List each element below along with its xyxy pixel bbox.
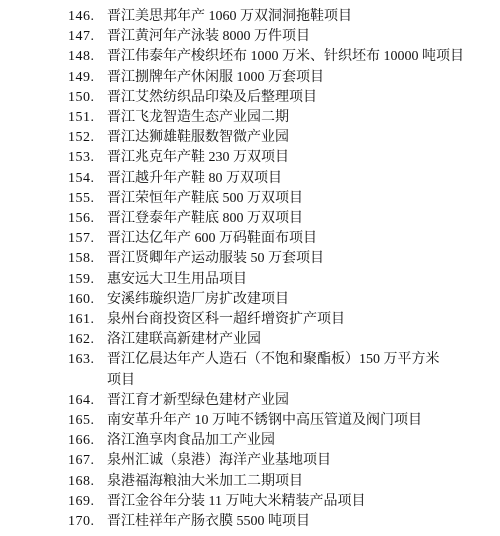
list-item: 169.晋江金谷年分装 11 万吨大米精装产品项目 [68,492,492,512]
list-item-number: 160. [68,290,107,310]
project-list: 146.晋江美思邦年产 1060 万双洞洞拖鞋项目147.晋江黄河年产泳装 80… [68,7,492,532]
list-item: 150.晋江艾然纺织品印染及后整理项目 [68,88,492,108]
list-item-number: 158. [68,249,107,269]
list-item: 155.晋江荣恒年产鞋底 500 万双项目 [68,189,492,209]
list-item: 156.晋江登泰年产鞋底 800 万双项目 [68,209,492,229]
list-item: 158.晋江贤卿年产运动服装 50 万套项目 [68,249,492,269]
list-item-number: 169. [68,492,107,512]
list-item: 149.晋江捌牌年产休闲服 1000 万套项目 [68,68,492,88]
list-item-text: 晋江达亿年产 600 万码鞋面布项目 [107,229,492,249]
list-item-number: 146. [68,7,107,27]
list-item-number: 155. [68,189,107,209]
list-item-text: 泉州台商投资区科一超纤增资扩产项目 [107,310,492,330]
list-item: 154.晋江越升年产鞋 80 万双项目 [68,169,492,189]
list-item: 170.晋江桂祥年产肠衣膜 5500 吨项目 [68,512,492,532]
list-item: 146.晋江美思邦年产 1060 万双洞洞拖鞋项目 [68,7,492,27]
list-item-text: 晋江登泰年产鞋底 800 万双项目 [107,209,492,229]
list-item-number: 149. [68,68,107,88]
list-item-text: 晋江艾然纺织品印染及后整理项目 [107,88,492,108]
list-item-text: 安溪纬璇织造厂房扩改建项目 [107,290,492,310]
list-item: 167.泉州汇诚（泉港）海洋产业基地项目 [68,451,492,471]
list-item: 168.泉港福海粮油大米加工二期项目 [68,472,492,492]
list-item-number: 150. [68,88,107,108]
list-item-number: 161. [68,310,107,330]
document-page: 146.晋江美思邦年产 1060 万双洞洞拖鞋项目147.晋江黄河年产泳装 80… [0,0,500,536]
list-item: 166.洛江渔享肉食品加工产业园 [68,431,492,451]
list-item-number: 165. [68,411,107,431]
list-item: 151.晋江飞龙智造生态产业园二期 [68,108,492,128]
list-item-text: 晋江兆克年产鞋 230 万双项目 [107,148,492,168]
list-item-text: 晋江桂祥年产肠衣膜 5500 吨项目 [107,512,492,532]
list-item: 147.晋江黄河年产泳装 8000 万件项目 [68,27,492,47]
list-item-number: 167. [68,451,107,471]
list-item-number: 152. [68,128,107,148]
list-item-text: 泉州汇诚（泉港）海洋产业基地项目 [107,451,492,471]
list-item-text: 晋江贤卿年产运动服装 50 万套项目 [107,249,492,269]
list-item-text: 惠安远大卫生用品项目 [107,270,492,290]
list-item-text: 晋江捌牌年产休闲服 1000 万套项目 [107,68,492,88]
list-item-text: 晋江飞龙智造生态产业园二期 [107,108,492,128]
list-item-text: 晋江荣恒年产鞋底 500 万双项目 [107,189,492,209]
list-item-number: 151. [68,108,107,128]
list-item-text: 泉港福海粮油大米加工二期项目 [107,472,492,492]
list-item-text: 晋江亿晨达年产人造石（不饱和聚酯板）150 万平方米 项目 [107,350,492,390]
list-item-text: 晋江美思邦年产 1060 万双洞洞拖鞋项目 [107,7,492,27]
list-item-text: 晋江育才新型绿色建材产业园 [107,391,492,411]
list-item: 157.晋江达亿年产 600 万码鞋面布项目 [68,229,492,249]
list-item-text: 晋江越升年产鞋 80 万双项目 [107,169,492,189]
list-item-number: 168. [68,472,107,492]
list-item-text: 洛江建联高新建材产业园 [107,330,492,350]
list-item-text: 洛江渔享肉食品加工产业园 [107,431,492,451]
list-item-number: 148. [68,47,107,67]
list-item-number: 170. [68,512,107,532]
list-item: 159.惠安远大卫生用品项目 [68,270,492,290]
list-item: 164.晋江育才新型绿色建材产业园 [68,391,492,411]
list-item-text: 晋江黄河年产泳装 8000 万件项目 [107,27,492,47]
list-item: 152.晋江达狮雄鞋服数智微产业园 [68,128,492,148]
list-item: 160.安溪纬璇织造厂房扩改建项目 [68,290,492,310]
list-item-text: 南安革升年产 10 万吨不锈钢中高压管道及阀门项目 [107,411,492,431]
list-item-number: 147. [68,27,107,47]
list-item-text: 晋江金谷年分装 11 万吨大米精装产品项目 [107,492,492,512]
list-item-number: 156. [68,209,107,229]
list-item-text: 晋江达狮雄鞋服数智微产业园 [107,128,492,148]
list-item-number: 154. [68,169,107,189]
list-item-number: 153. [68,148,107,168]
list-item: 161.泉州台商投资区科一超纤增资扩产项目 [68,310,492,330]
list-item-number: 166. [68,431,107,451]
list-item: 163.晋江亿晨达年产人造石（不饱和聚酯板）150 万平方米 项目 [68,350,492,390]
list-item-number: 163. [68,350,107,370]
list-item: 148.晋江伟泰年产梭织坯布 1000 万米、针织坯布 10000 吨项目 [68,47,492,67]
list-item-number: 164. [68,391,107,411]
list-item-number: 162. [68,330,107,350]
list-item-number: 159. [68,270,107,290]
list-item-text: 晋江伟泰年产梭织坯布 1000 万米、针织坯布 10000 吨项目 [107,47,492,67]
list-item: 162.洛江建联高新建材产业园 [68,330,492,350]
list-item: 153.晋江兆克年产鞋 230 万双项目 [68,148,492,168]
list-item-number: 157. [68,229,107,249]
list-item: 165.南安革升年产 10 万吨不锈钢中高压管道及阀门项目 [68,411,492,431]
